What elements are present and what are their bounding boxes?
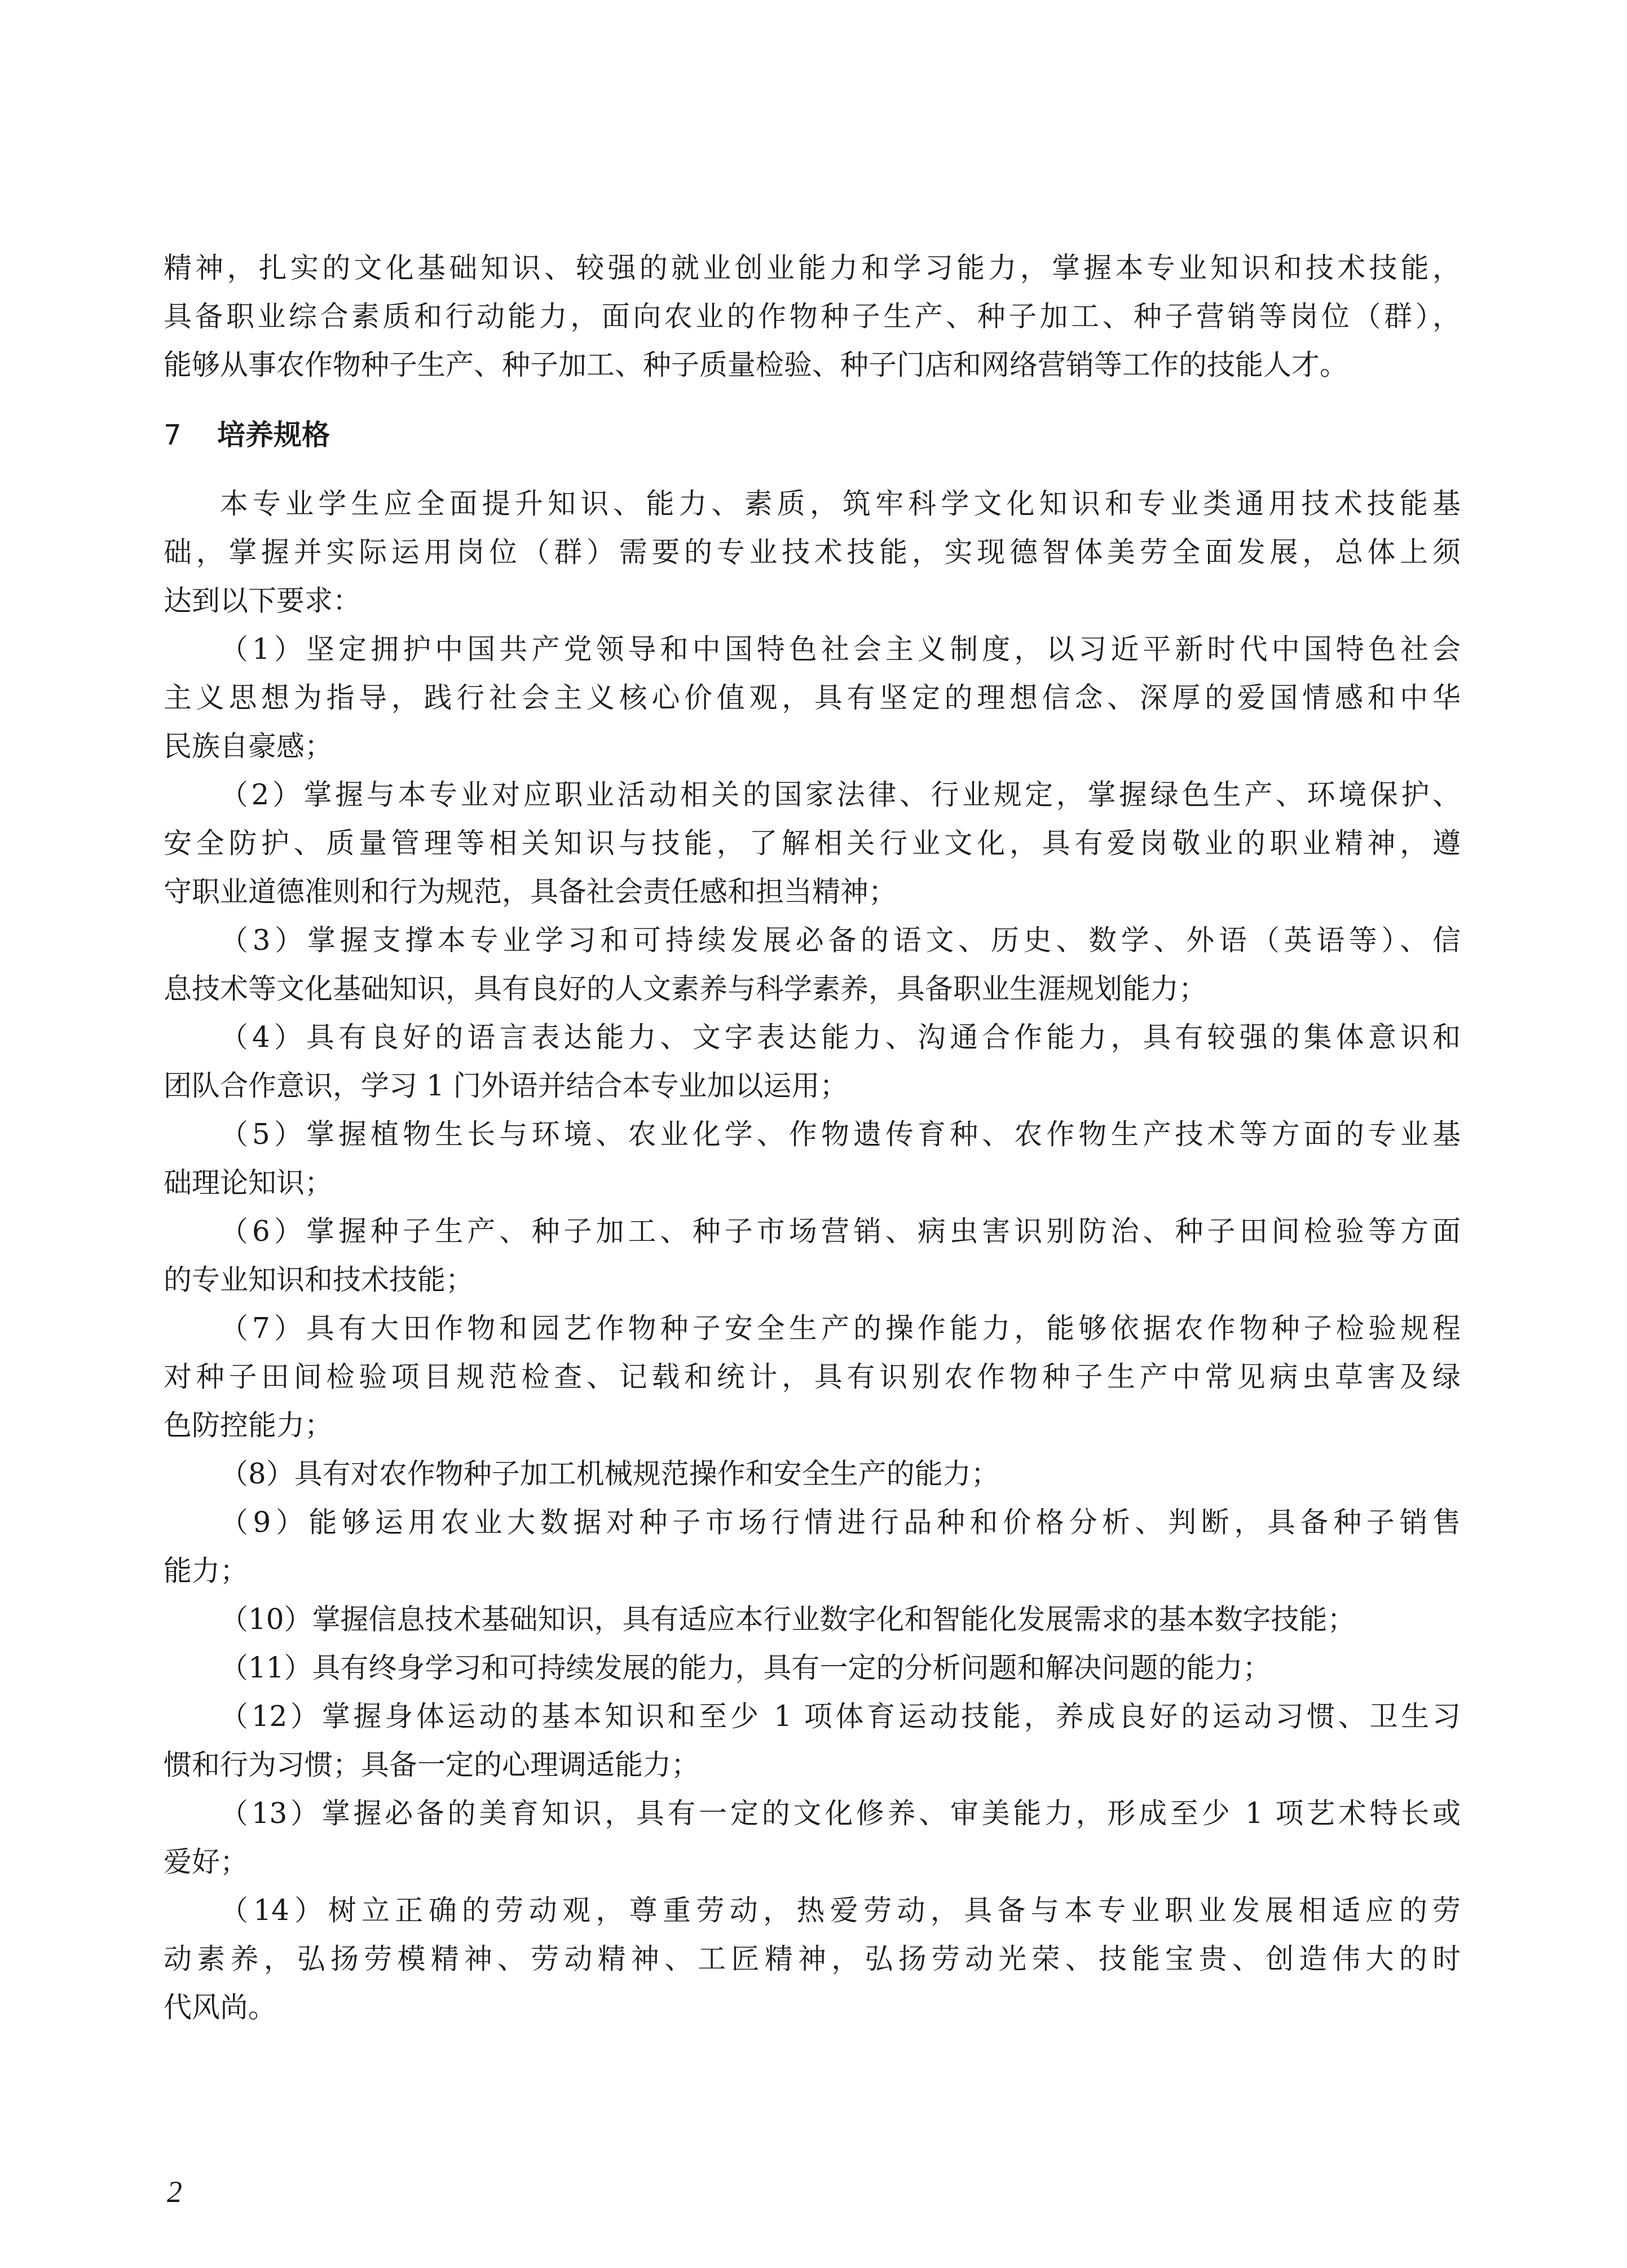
section-heading: 7培养规格 (164, 411, 1461, 459)
text-line: 础，掌握并实际运用岗位（群）需要的专业技术技能，实现德智体美劳全面发展，总体上须 (164, 528, 1461, 576)
section-number: 7 (164, 411, 217, 459)
text-line: 团队合作意识，学习 1 门外语并结合本专业加以运用； (164, 1062, 1461, 1110)
intro-paragraph: 精神，扎实的文化基础知识、较强的就业创业能力和学习能力，掌握本专业知识和技术技能… (164, 244, 1461, 389)
section-title: 培养规格 (217, 419, 330, 451)
requirement-item: （8）具有对农作物种子加工机械规范操作和安全生产的能力； (164, 1450, 1461, 1498)
requirement-item: （9）能够运用农业大数据对种子市场行情进行品种和价格分析、判断，具备种子销售能力… (164, 1498, 1461, 1595)
requirement-item: （3）掌握支撑本专业学习和可持续发展必备的语文、历史、数学、外语（英语等）、信息… (164, 916, 1461, 1013)
text-line: 达到以下要求： (164, 576, 1461, 625)
text-line: 具备职业综合素质和行动能力，面向农业的作物种子生产、种子加工、种子营销等岗位（群… (164, 292, 1461, 341)
text-line: （13）掌握必备的美育知识，具有一定的文化修养、审美能力，形成至少 1 项艺术特… (164, 1789, 1461, 1838)
text-line: 代风尚。 (164, 1983, 1461, 2032)
text-line: （5）掌握植物生长与环境、农业化学、作物遗传育种、农作物生产技术等方面的专业基 (164, 1110, 1461, 1159)
requirement-item: （13）掌握必备的美育知识，具有一定的文化修养、审美能力，形成至少 1 项艺术特… (164, 1789, 1461, 1886)
text-line: （8）具有对农作物种子加工机械规范操作和安全生产的能力； (164, 1450, 1461, 1498)
text-line: （2）掌握与本专业对应职业活动相关的国家法律、行业规定，掌握绿色生产、环境保护、 (164, 770, 1461, 819)
text-line: （12）掌握身体运动的基本知识和至少 1 项体育运动技能，养成良好的运动习惯、卫… (164, 1692, 1461, 1741)
text-line: 本专业学生应全面提升知识、能力、素质，筑牢科学文化知识和专业类通用技术技能基 (164, 479, 1461, 528)
requirement-item: （11）具有终身学习和可持续发展的能力，具有一定的分析问题和解决问题的能力； (164, 1644, 1461, 1692)
text-line: （14）树立正确的劳动观，尊重劳动，热爱劳动，具备与本专业职业发展相适应的劳 (164, 1886, 1461, 1935)
requirement-item: （1）坚定拥护中国共产党领导和中国特色社会主义制度，以习近平新时代中国特色社会主… (164, 625, 1461, 770)
requirement-item: （6）掌握种子生产、种子加工、种子市场营销、病虫害识别防治、种子田间检验等方面的… (164, 1207, 1461, 1304)
lead-paragraph: 本专业学生应全面提升知识、能力、素质，筑牢科学文化知识和专业类通用技术技能基 础… (164, 479, 1461, 625)
text-line: （6）掌握种子生产、种子加工、种子市场营销、病虫害识别防治、种子田间检验等方面 (164, 1207, 1461, 1256)
text-line: （7）具有大田作物和园艺作物种子安全生产的操作能力，能够依据农作物种子检验规程 (164, 1304, 1461, 1353)
page-number: 2 (167, 2174, 182, 2209)
text-line: 民族自豪感； (164, 722, 1461, 770)
text-line: 能够从事农作物种子生产、种子加工、种子质量检验、种子门店和网络营销等工作的技能人… (164, 341, 1461, 389)
text-line: （1）坚定拥护中国共产党领导和中国特色社会主义制度，以习近平新时代中国特色社会 (164, 625, 1461, 673)
text-line: 对种子田间检验项目规范检查、记载和统计，具有识别农作物种子生产中常见病虫草害及绿 (164, 1353, 1461, 1401)
text-line: 主义思想为指导，践行社会主义核心价值观，具有坚定的理想信念、深厚的爱国情感和中华 (164, 673, 1461, 722)
text-line: 安全防护、质量管理等相关知识与技能，了解相关行业文化，具有爱岗敬业的职业精神，遵 (164, 819, 1461, 867)
text-line: （11）具有终身学习和可持续发展的能力，具有一定的分析问题和解决问题的能力； (164, 1644, 1461, 1692)
text-line: 惯和行为习惯；具备一定的心理调适能力； (164, 1741, 1461, 1789)
requirement-item: （5）掌握植物生长与环境、农业化学、作物遗传育种、农作物生产技术等方面的专业基础… (164, 1110, 1461, 1207)
requirement-item: （10）掌握信息技术基础知识，具有适应本行业数字化和智能化发展需求的基本数字技能… (164, 1595, 1461, 1644)
text-line: 色防控能力； (164, 1401, 1461, 1450)
text-line: 的专业知识和技术技能； (164, 1256, 1461, 1304)
requirement-item: （4）具有良好的语言表达能力、文字表达能力、沟通合作能力，具有较强的集体意识和团… (164, 1013, 1461, 1110)
text-line: 息技术等文化基础知识，具有良好的人文素养与科学素养，具备职业生涯规划能力； (164, 965, 1461, 1013)
text-line: （4）具有良好的语言表达能力、文字表达能力、沟通合作能力，具有较强的集体意识和 (164, 1013, 1461, 1062)
text-line: 守职业道德准则和行为规范，具备社会责任感和担当精神； (164, 867, 1461, 916)
requirement-item: （14）树立正确的劳动观，尊重劳动，热爱劳动，具备与本专业职业发展相适应的劳动素… (164, 1886, 1461, 2032)
requirement-item: （7）具有大田作物和园艺作物种子安全生产的操作能力，能够依据农作物种子检验规程对… (164, 1304, 1461, 1450)
requirement-item: （2）掌握与本专业对应职业活动相关的国家法律、行业规定，掌握绿色生产、环境保护、… (164, 770, 1461, 916)
page-content: 精神，扎实的文化基础知识、较强的就业创业能力和学习能力，掌握本专业知识和技术技能… (164, 244, 1461, 2032)
text-line: 爱好； (164, 1838, 1461, 1886)
requirement-item: （12）掌握身体运动的基本知识和至少 1 项体育运动技能，养成良好的运动习惯、卫… (164, 1692, 1461, 1789)
text-line: 动素养，弘扬劳模精神、劳动精神、工匠精神，弘扬劳动光荣、技能宝贵、创造伟大的时 (164, 1935, 1461, 1983)
text-line: 精神，扎实的文化基础知识、较强的就业创业能力和学习能力，掌握本专业知识和技术技能… (164, 244, 1461, 292)
requirements-list: （1）坚定拥护中国共产党领导和中国特色社会主义制度，以习近平新时代中国特色社会主… (164, 625, 1461, 2032)
text-line: （10）掌握信息技术基础知识，具有适应本行业数字化和智能化发展需求的基本数字技能… (164, 1595, 1461, 1644)
text-line: 能力； (164, 1547, 1461, 1595)
text-line: 础理论知识； (164, 1159, 1461, 1207)
text-line: （9）能够运用农业大数据对种子市场行情进行品种和价格分析、判断，具备种子销售 (164, 1498, 1461, 1547)
document-page: 精神，扎实的文化基础知识、较强的就业创业能力和学习能力，掌握本专业知识和技术技能… (0, 0, 1627, 2268)
text-line: （3）掌握支撑本专业学习和可持续发展必备的语文、历史、数学、外语（英语等）、信 (164, 916, 1461, 965)
